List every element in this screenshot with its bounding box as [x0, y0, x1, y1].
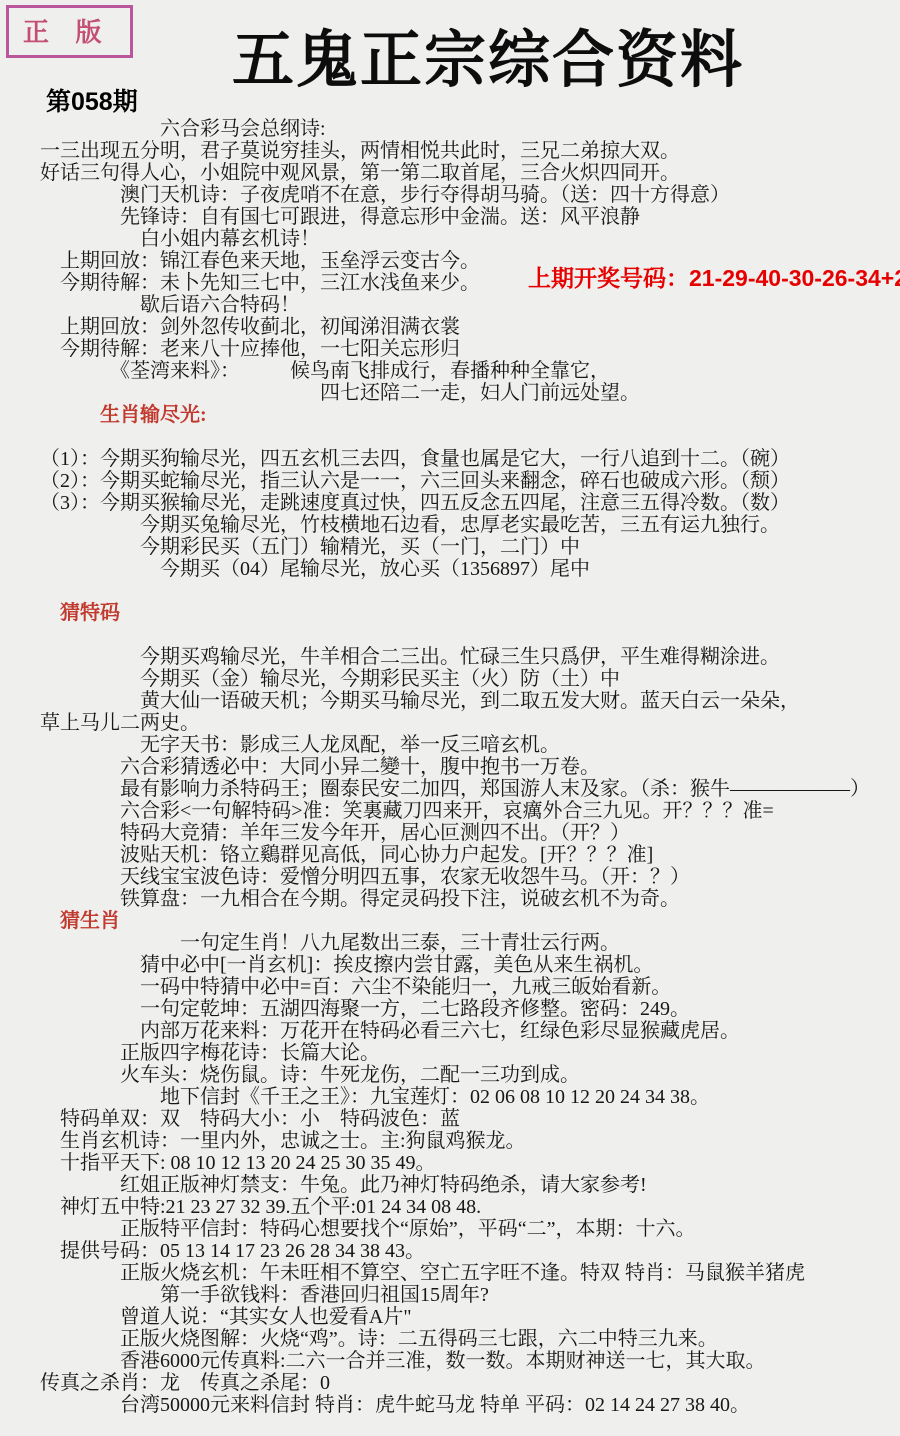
text-line: 《荃湾来料》： 候鸟南飞排成行，春播种种全靠它， [40, 360, 898, 382]
text-line: 台湾50000元来料信封 特肖：虎牛蛇马龙 特单 平码：02 14 24 27 … [40, 1394, 898, 1416]
text-line: 今期买鸡输尽光，牛羊相合二三出。忙碌三生只爲伊，平生难得糊涂进。 [40, 646, 898, 668]
section-heading: 猜特码 [40, 602, 898, 624]
text-line: 无字天书：影成三人龙凤配，举一反三喑玄机。 [40, 734, 898, 756]
text-line [40, 426, 898, 448]
text-line: 十指平天下: 08 10 12 13 20 24 25 30 35 49。 [40, 1152, 898, 1174]
text-line: 火车头：烧伤鼠。诗：牛死龙伤，二配一三功到成。 [40, 1064, 898, 1086]
text-line: （1）：今期买狗输尽光，四五玄机三去四，食量也属是它大，一行八追到十二。（碗） [40, 448, 898, 470]
text-line: 一句定乾坤：五湖四海聚一方，二七路段齐修整。密码：249。 [40, 998, 898, 1020]
text-line: 红姐正版神灯禁支：牛兔。此乃神灯特码绝杀，请大家参考! [40, 1174, 898, 1196]
text-line: 六合彩<一句解特码>准：笑裏藏刀四来开，哀癘外合三九见。开？？？准= [40, 800, 898, 822]
text-line: 生肖玄机诗：一里内外，忠诚之士。主:狗鼠鸡猴龙。 [40, 1130, 898, 1152]
text-line: 黄大仙一语破天机；今期买马输尽光，到二取五发大财。蓝天白云一朵朵， [40, 690, 898, 712]
last-draw-numbers: 上期开奖号码：21-29-40-30-26-34+23 [528, 260, 900, 293]
text-line: 正版火烧玄机：午未旺相不算空、空亡五字旺不逢。特双 特肖：马鼠猴羊猪虎 [40, 1262, 898, 1284]
text-line: 上期回放：剑外忽传收蓟北，初闻涕泪满衣裳 [40, 316, 898, 338]
text-line: 地下信封《千王之王》：九宝莲灯：02 06 08 10 12 20 24 34 … [40, 1086, 898, 1108]
text-line: 好话三句得人心，小姐院中观风景，第一第二取首尾，三合火炽四同开。 [40, 162, 898, 184]
scanned-lottery-sheet: 正 版 五鬼正宗综合资料 第058期 六合彩马会总纲诗:一三出现五分明，君子莫说… [0, 0, 900, 1436]
sheet-header: 正 版 五鬼正宗综合资料 第058期 [0, 0, 900, 118]
text-line: 特码单双：双 特码大小：小 特码波色：蓝 [40, 1108, 898, 1130]
text-line: 正版特平信封：特码心想要找个“原始”，平码“二”，本期：十六。 [40, 1218, 898, 1240]
text-line: 铁算盘：一九相合在今期。得定灵码投下注，说破玄机不为奇。 [40, 888, 898, 910]
text-line [40, 624, 898, 646]
text-line: 提供号码：05 13 14 17 23 26 28 34 38 43。 [40, 1240, 898, 1262]
section-heading: 生肖输尽光: [40, 404, 898, 426]
text-line: 传真之杀肖：龙 传真之杀尾：0 [40, 1372, 898, 1394]
text-line: 今期买（04）尾输尽光，放心买（1356897）尾中 [40, 558, 898, 580]
text-line: 白小姐内幕玄机诗！ [40, 228, 898, 250]
text-line: 先锋诗：自有国七可跟进，得意忘形中金湍。送：风平浪静 [40, 206, 898, 228]
text-line: 第一手欲钱料：香港回归祖国15周年? [40, 1284, 898, 1306]
text-line: 特码大竞猜：羊年三发今年开，居心叵测四不出。（开？） [40, 822, 898, 844]
text-line: 曾道人说：“其实女人也爱看A片" [40, 1306, 898, 1328]
text-line: 一三出现五分明，君子莫说穷挂头，两情相悦共此时，三兄二弟掠大双。 [40, 140, 898, 162]
page-title: 五鬼正宗综合资料 [38, 10, 900, 99]
text-line: （3）：今期买猴输尽光，走跳速度真过快，四五反念五四尾，注意三五得冷数。（数） [40, 492, 898, 514]
text-line: 波贴天机：铬立鷄群见高低，同心协力户起发。[开？？？准] [40, 844, 898, 866]
text-line [40, 580, 898, 602]
text-line: （2）：今期买蛇输尽光，指三认六是一一，六三回头来翻念，碎石也破成六形。（颓） [40, 470, 898, 492]
text-line: 四七还陪二一走，妇人门前远处望。 [40, 382, 898, 404]
text-line: 天线宝宝波色诗：爱憎分明四五事，农家无收怨牛马。（开：？） [40, 866, 898, 888]
text-line: 香港6000元传真料:二六一合并三准，数一数。本期财神送一七，其大取。 [40, 1350, 898, 1372]
text-lines: 六合彩马会总纲诗:一三出现五分明，君子莫说穷挂头，两情相悦共此时，三兄二弟掠大双… [40, 118, 898, 1416]
text-line: 一句定生肖！八九尾数出三泰，三十青壮云行两。 [40, 932, 898, 954]
text-line: 神灯五中特:21 23 27 32 39.五个平:01 24 34 08 48. [40, 1196, 898, 1218]
text-line: 猜中必中[一肖玄机]：挨皮擦内尝甘露，美色从来生祸机。 [40, 954, 898, 976]
text-line: 今期待解：老来八十应捧他，一七阳关忘形归 [40, 338, 898, 360]
text-line: 一码中特猜中必中=百：六尘不染能归一，九戒三皈始看新。 [40, 976, 898, 998]
text-line: 草上马儿二两史。 [40, 712, 898, 734]
issue-number: 第058期 [46, 82, 138, 118]
text-line: 内部万花来料：万花开在特码必看三六七，红绿色彩尽显猴藏虎居。 [40, 1020, 898, 1042]
text-line: 今期彩民买（五门）输精光，买（一门，二门）中 [40, 536, 898, 558]
text-line: 六合彩猜透必中：大同小异二變十，腹中抱书一万卷。 [40, 756, 898, 778]
text-line: 澳门天机诗：子夜虎哨不在意，步行夺得胡马骑。（送：四十方得意） [40, 184, 898, 206]
text-line: 六合彩马会总纲诗: [40, 118, 898, 140]
text-line: 正版火烧图解：火烧“鸡”。诗：二五得码三七跟，六二中特三九来。 [40, 1328, 898, 1350]
text-line: 正版四字梅花诗：长篇大论。 [40, 1042, 898, 1064]
text-line: 最有影响力杀特码王；圈泰民安二加四，郑国游人末及家。（杀：猴牛——————） [40, 778, 898, 800]
text-line: 今期买兔输尽光，竹枝横地石边看，忠厚老实最吃苦，三五有运九独行。 [40, 514, 898, 536]
text-line: 今期买（金）输尽光，今期彩民买主（火）防（土）中 [40, 668, 898, 690]
text-line: 歇后语六合特码！ [40, 294, 898, 316]
section-heading: 猜生肖 [40, 910, 898, 932]
